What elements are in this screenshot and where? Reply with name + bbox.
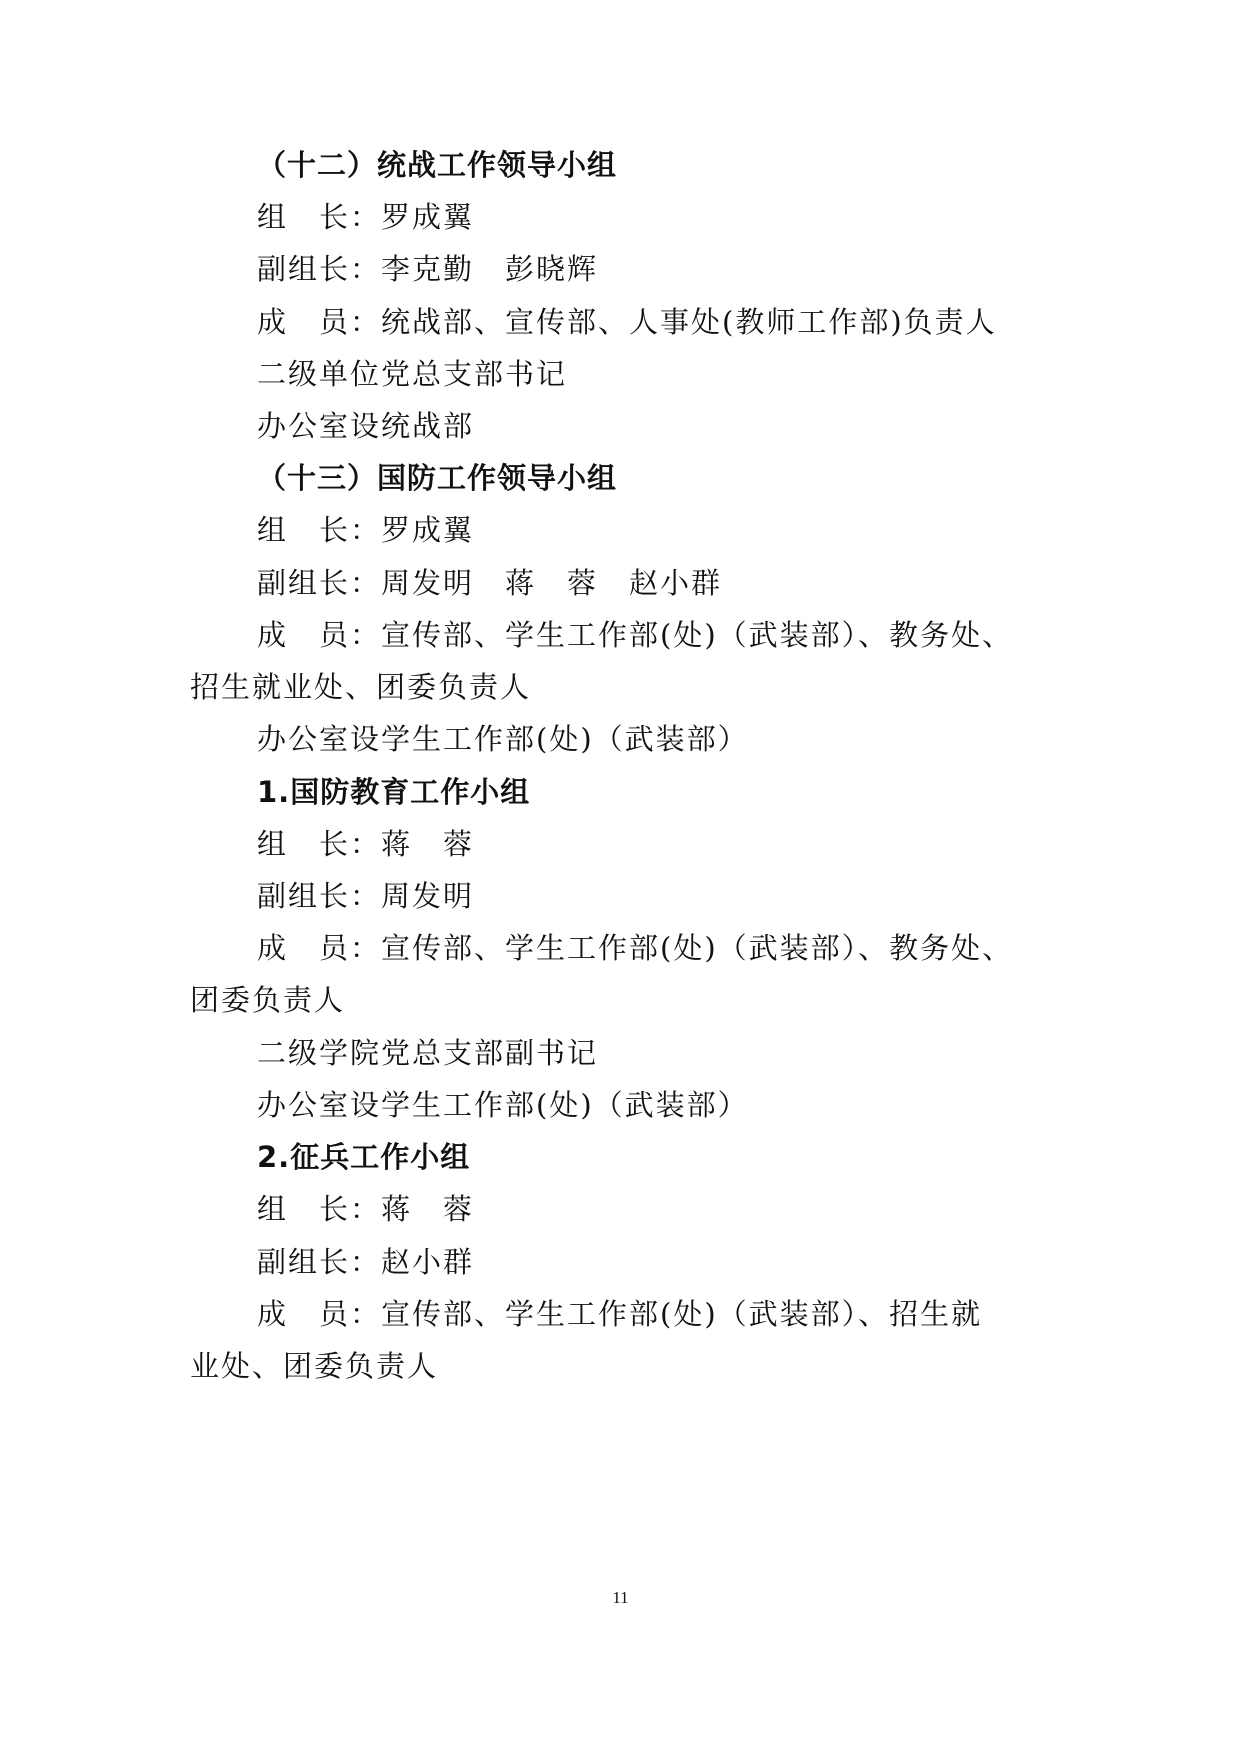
deputy-leader-line: 副组长：李克勤 彭晓辉 — [257, 249, 598, 289]
members-continuation-line: 团委负责人 — [190, 980, 345, 1020]
members-line: 成 员：宣传部、学生工作部(处)（武装部）、教务处、 — [257, 615, 1013, 655]
leader-line: 组 长：罗成翼 — [257, 510, 474, 550]
subsection-heading-defense-education: 1.国防教育工作小组 — [257, 772, 530, 812]
members-line: 成 员：宣传部、学生工作部(处)（武装部）、招生就 — [257, 1294, 982, 1334]
leader-line: 组 长：蒋 蓉 — [257, 824, 474, 864]
leader-line: 组 长：罗成翼 — [257, 197, 474, 237]
members-continuation-line: 招生就业处、团委负责人 — [190, 667, 531, 707]
members-extra-line: 二级单位党总支部书记 — [257, 354, 567, 394]
section-heading-national-defense: （十三）国防工作领导小组 — [257, 458, 617, 498]
deputy-leader-line: 副组长：周发明 — [257, 876, 474, 916]
section-heading-united-front: （十二）统战工作领导小组 — [257, 145, 617, 185]
members-continuation-line: 业处、团委负责人 — [190, 1346, 438, 1386]
subsection-heading-conscription: 2.征兵工作小组 — [257, 1137, 470, 1177]
office-line: 办公室设统战部 — [257, 406, 474, 446]
members-line: 成 员：宣传部、学生工作部(处)（武装部）、教务处、 — [257, 928, 1013, 968]
office-line: 办公室设学生工作部(处)（武装部） — [257, 1085, 749, 1125]
members-extra-line: 二级学院党总支部副书记 — [257, 1033, 598, 1073]
deputy-leader-line: 副组长：赵小群 — [257, 1242, 474, 1282]
office-line: 办公室设学生工作部(处)（武装部） — [257, 719, 749, 759]
members-line: 成 员：统战部、宣传部、人事处(教师工作部)负责人 — [257, 302, 997, 342]
leader-line: 组 长：蒋 蓉 — [257, 1189, 474, 1229]
deputy-leader-line: 副组长：周发明 蒋 蓉 赵小群 — [257, 563, 722, 603]
page-number: 11 — [0, 1588, 1241, 1608]
